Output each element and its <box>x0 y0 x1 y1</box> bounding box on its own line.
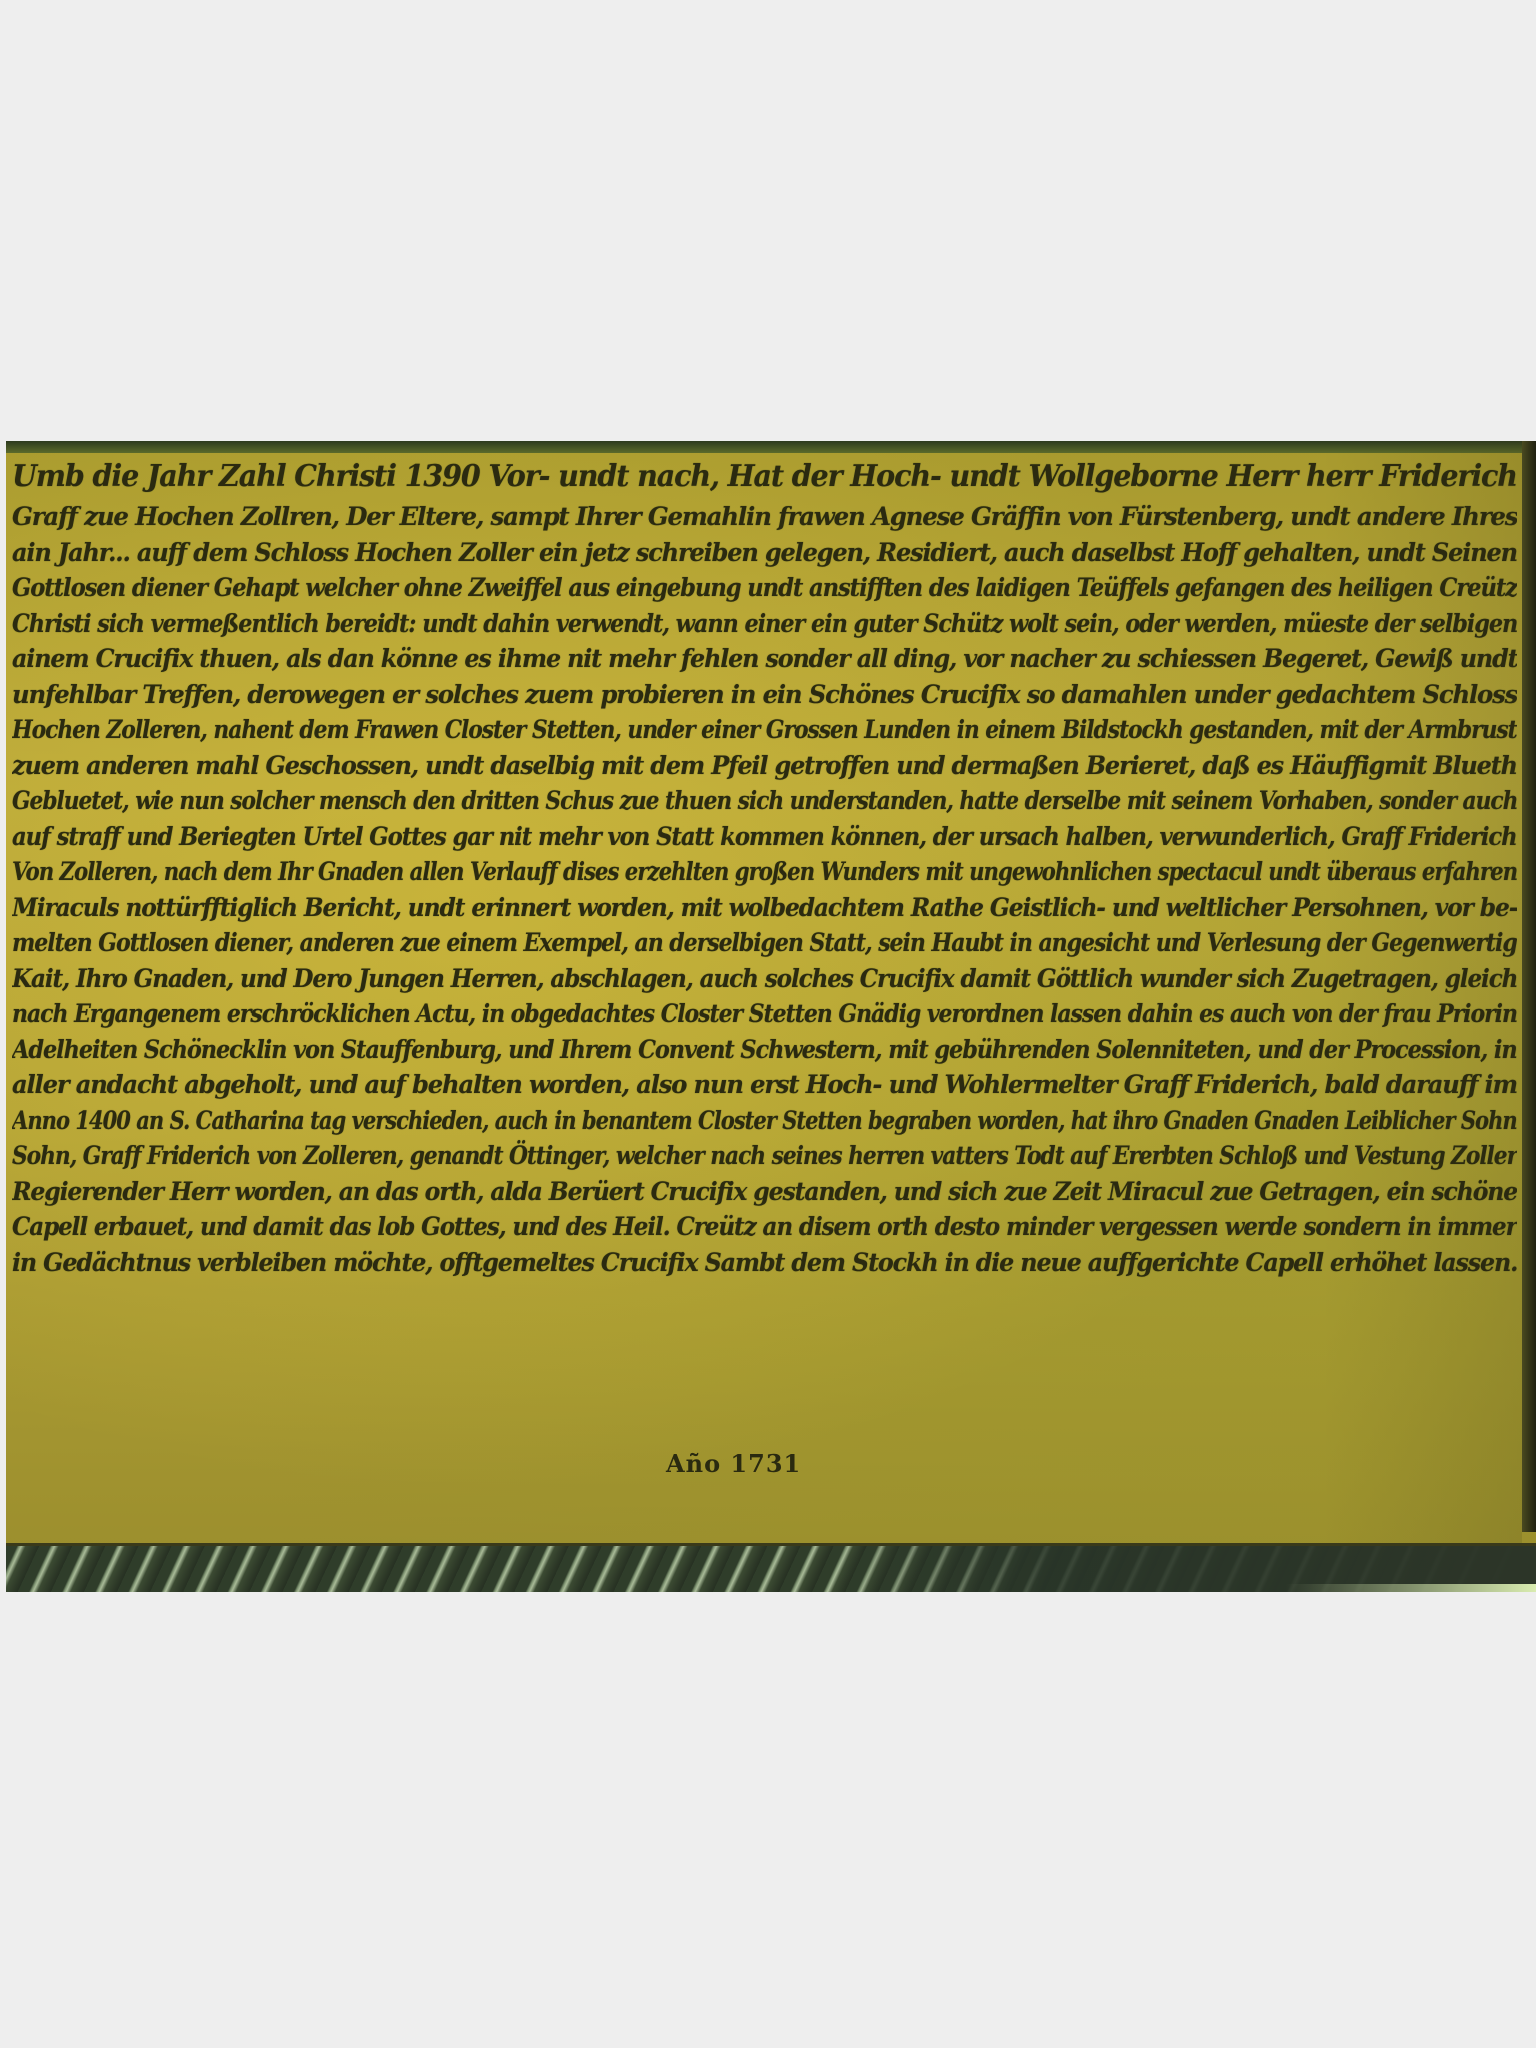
inscription-line: Gottlosen diener Gehapt welcher ohne Zwe… <box>12 570 1517 606</box>
frame-light-edge <box>1286 1584 1536 1592</box>
inscription-line: Capell erbauet, und damit das lob Gottes… <box>12 1209 1517 1245</box>
inscription-line: Von Zolleren, nach dem Ihr Gnaden allen … <box>12 854 1517 890</box>
inscription-line: ain Jahr... auff dem Schloss Hochen Zoll… <box>12 535 1517 571</box>
inscription-line: Regierender Herr worden, an das orth, al… <box>12 1174 1517 1210</box>
panel-top-frame <box>6 441 1536 453</box>
inscription-line: Anno 1400 an S. Catharina tag verschiede… <box>12 1103 1517 1139</box>
inscription-line: auf straff und Beriegten Urtel Gottes ga… <box>12 819 1517 855</box>
inscription-line: Kait, Ihro Gnaden, und Dero Jungen Herre… <box>12 961 1517 997</box>
inscription-line: ainem Crucifix thuen, als dan könne es i… <box>12 641 1517 677</box>
inscription-text: Umb die Jahr Zahl Christi 1390 Vor- undt… <box>12 455 1517 1280</box>
inscription-line: zuem anderen mahl Geschossen, undt dasel… <box>12 748 1517 784</box>
inscription-line: in Gedächtnus verbleiben möchte, offtgem… <box>12 1245 1517 1281</box>
inscription-line: Graff zue Hochen Zollren, Der Eltere, sa… <box>12 499 1517 535</box>
inscription-line: aller andacht abgeholt, und auf behalten… <box>12 1067 1517 1103</box>
inscription-line: Gebluetet, wie nun solcher mensch den dr… <box>12 783 1517 819</box>
inscription-line: nach Ergangenem erschröcklichen Actu, in… <box>12 996 1517 1032</box>
inscription-line: Sohn, Graff Friderich von Zolleren, gena… <box>12 1138 1517 1174</box>
inscription-line: Miraculs nottürfftiglich Bericht, undt e… <box>12 890 1517 926</box>
inscription-line: Umb die Jahr Zahl Christi 1390 Vor- undt… <box>12 455 1517 499</box>
inscription-line: unfehlbar Treffen, derowegen er solches … <box>12 677 1517 713</box>
inscription-date: Año 1731 <box>666 1449 801 1478</box>
inscription-line: melten Gottlosen diener, anderen zue ein… <box>12 925 1517 961</box>
panel-right-frame <box>1522 441 1536 1532</box>
inscription-line: Adelheiten Schönecklin von Stauffenburg,… <box>12 1032 1517 1068</box>
inscription-line: Hochen Zolleren, nahent dem Frawen Clost… <box>12 712 1517 748</box>
inscription-panel-photo: Umb die Jahr Zahl Christi 1390 Vor- undt… <box>6 441 1536 1592</box>
inscription-line: Christi sich vermeßentlich bereidt: undt… <box>12 606 1517 642</box>
